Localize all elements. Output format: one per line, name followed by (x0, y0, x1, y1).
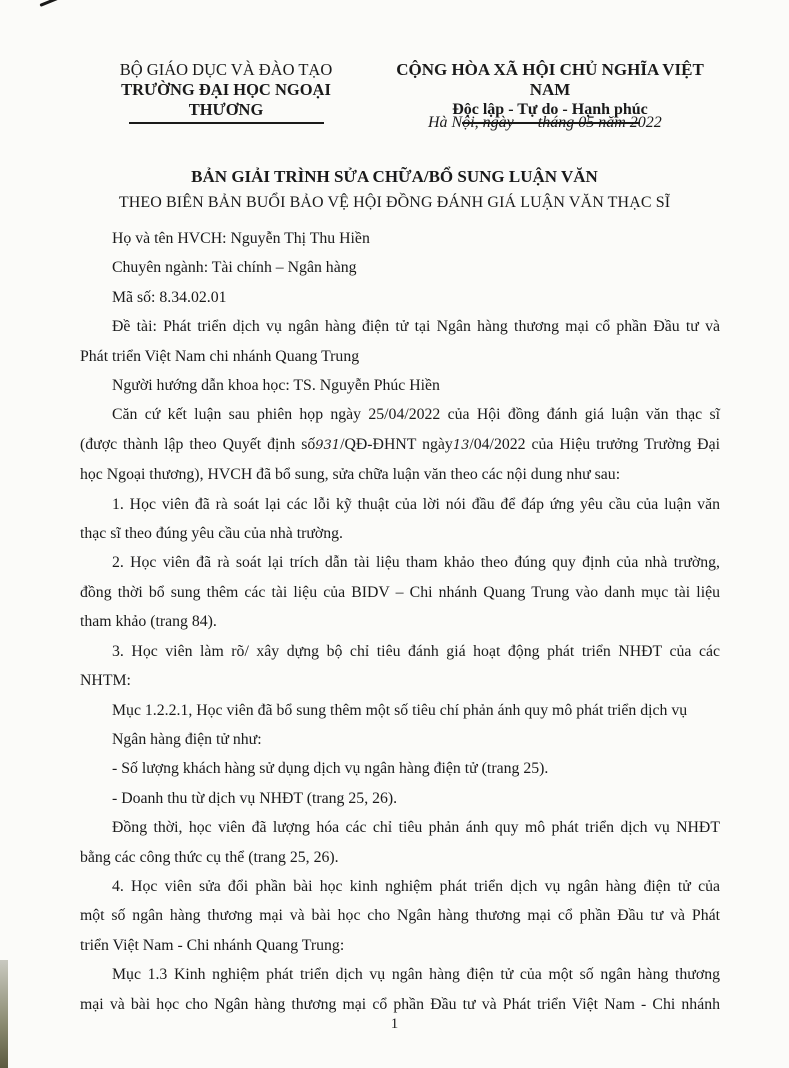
page-number: 1 (0, 1016, 789, 1033)
document-header: BỘ GIÁO DỤC VÀ ĐÀO TẠO TRƯỜNG ĐẠI HỌC NG… (0, 60, 789, 120)
document-title: BẢN GIẢI TRÌNH SỬA CHỮA/BỔ SUNG LUẬN VĂN (0, 167, 789, 187)
item3-line-2: NHTM: (80, 666, 720, 695)
major-code: Mã số: 8.34.02.01 (80, 283, 720, 312)
item2-line-1: 2. Học viên đã rà soát lại trích dẫn tài… (80, 548, 720, 577)
item3-also-line-1: Đồng thời, học viên đã lượng hóa các chỉ… (80, 813, 720, 842)
item3-line-1: 3. Học viên làm rõ/ xây dựng bộ chỉ tiêu… (80, 637, 720, 666)
item3-bullet-1: - Số lượng khách hàng sử dụng dịch vụ ng… (80, 754, 720, 783)
pen-mark (39, 0, 72, 7)
topic-line-2: Phát triển Việt Nam chi nhánh Quang Trun… (80, 342, 720, 371)
intro-line-2-b: /QĐ-ĐHNT ngày (340, 436, 453, 453)
intro-line-2: (được thành lập theo Quyết định số931/QĐ… (80, 430, 720, 460)
document-body: Họ và tên HVCH: Nguyễn Thị Thu Hiền Chuy… (80, 224, 720, 1019)
major: Chuyên ngành: Tài chính – Ngân hàng (80, 253, 720, 282)
issuer-underline (129, 122, 324, 124)
intro-line-2-c: /04/2022 của Hiệu trưởng Trường Đại (469, 436, 720, 453)
intro-line-3: học Ngoại thương), HVCH đã bổ sung, sửa … (80, 460, 720, 489)
item4-sub-line-1: Mục 1.3 Kinh nghiệm phát triển dịch vụ n… (80, 960, 720, 989)
item3-also-line-2: bằng các công thức cụ thể (trang 25, 26)… (80, 843, 720, 872)
advisor: Người hướng dẫn khoa học: TS. Nguyễn Phú… (80, 371, 720, 400)
item4-line-1: 4. Học viên sửa đổi phần bài học kinh ng… (80, 872, 720, 901)
item3-bullet-2: - Doanh thu từ dịch vụ NHĐT (trang 25, 2… (80, 784, 720, 813)
document-subtitle: THEO BIÊN BẢN BUỔI BẢO VỆ HỘI ĐỒNG ĐÁNH … (0, 194, 789, 212)
item2-line-2: đồng thời bổ sung thêm các tài liệu của … (80, 578, 720, 607)
handwritten-decision-number: 931 (315, 438, 340, 453)
topic-line-1: Đề tài: Phát triển dịch vụ ngân hàng điệ… (80, 312, 720, 341)
page-edge-shadow (0, 960, 8, 1068)
item3-sub-line-2: Ngân hàng điện tử như: (80, 725, 720, 754)
country-name: CỘNG HÒA XÃ HỘI CHỦ NGHĨA VIỆT NAM (380, 60, 720, 100)
issuer-block: BỘ GIÁO DỤC VÀ ĐÀO TẠO TRƯỜNG ĐẠI HỌC NG… (86, 60, 366, 124)
student-name: Họ và tên HVCH: Nguyễn Thị Thu Hiền (80, 224, 720, 253)
item1-line-2: thạc sĩ theo đúng yêu cầu của nhà trường… (80, 519, 720, 548)
item4-line-2: một số ngân hàng thương mại và bài học c… (80, 901, 720, 930)
item2-line-3: tham khảo (trang 84). (80, 607, 720, 636)
ministry-name: BỘ GIÁO DỤC VÀ ĐÀO TẠO (86, 60, 366, 80)
item4-sub-line-2: mại và bài học cho Ngân hàng thương mại … (80, 990, 720, 1019)
item3-sub-line-1: Mục 1.2.2.1, Học viên đã bổ sung thêm mộ… (80, 696, 720, 725)
date-line: Hà Nội, ngày tháng 05 năm 2022 (428, 114, 662, 132)
intro-line-2-a: (được thành lập theo Quyết định số (80, 436, 315, 453)
item4-line-3: triển Việt Nam - Chi nhánh Quang Trung: (80, 931, 720, 960)
handwritten-day: 13 (453, 438, 470, 453)
intro-line-1: Căn cứ kết luận sau phiên họp ngày 25/04… (80, 400, 720, 429)
university-name: TRƯỜNG ĐẠI HỌC NGOẠI THƯƠNG (86, 80, 366, 120)
item1-line-1: 1. Học viên đã rà soát lại các lỗi kỹ th… (80, 490, 720, 519)
